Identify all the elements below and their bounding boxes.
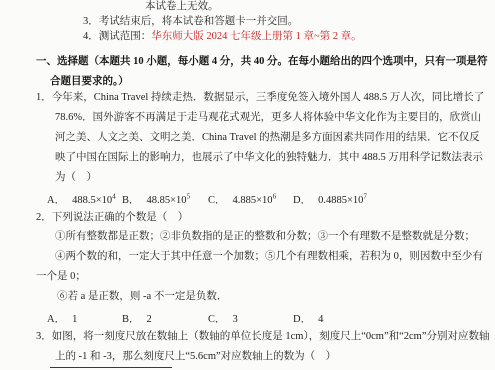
- section-header-line1: 一、选择题（本题共 10 小题，每小题 4 分，共 40 分。在每小题给出的四个…: [36, 56, 488, 68]
- q2-option-a: A．1: [47, 311, 77, 326]
- q1-option-b-label: B．: [122, 195, 140, 206]
- q1-option-a-exponent: 4: [112, 193, 116, 201]
- q1-option-d-exponent: 7: [363, 193, 367, 201]
- question-1-line-1: 1．今年来，China Travel 持续走热．数据显示，三季度免签入境外国人 …: [36, 92, 484, 104]
- question-3-line-1: 3．如图，将一刻度尺放在数轴上（数轴的单位长度是 1cm），刻度尺上“0cm”和…: [36, 331, 490, 343]
- notice-fragment: 本试卷上无效。: [145, 1, 219, 13]
- q1-option-b-exponent: 5: [187, 193, 191, 201]
- q1-option-c-label: C．: [208, 195, 226, 206]
- q2-option-d-label: D．: [293, 314, 311, 325]
- q1-option-a-label: A．: [47, 195, 65, 206]
- q1-option-d-value: 0.4885×10: [318, 195, 363, 206]
- q1-option-b: B．48.85×105: [122, 192, 190, 207]
- q2-option-b-label: B．: [122, 314, 140, 325]
- question-2-line-2: ④两个数的和，一定大于其中任意一个加数；⑤几个有理数相乘，若积为 0，则因数中至…: [55, 251, 483, 263]
- q2-option-a-value: 1: [72, 314, 77, 325]
- question-2-line-3: 一个是 0；: [36, 271, 86, 283]
- q2-option-b-value: 2: [147, 314, 152, 325]
- question-1-line-2: 78.6%．国外游客不再满足于走马观花式观光，更多人将体验中华文化作为主要目的，…: [55, 112, 481, 124]
- q2-option-c-label: C．: [208, 314, 226, 325]
- q1-option-a-value: 488.5×10: [72, 195, 112, 206]
- question-3-line-2: 上的 -1 和 -3，那么刻度尺上“5.6cm”对应数轴上的数为（ ）: [55, 351, 336, 363]
- question-2-line-4: ⑥若 a 是正数，则 -a 不一定是负数．: [57, 291, 227, 303]
- question-1-line-4: 映了中国在国际上的影响力，也展示了中华文化的独特魅力．其中 488.5 万用科学…: [55, 152, 483, 164]
- notice-item-4-prefix: 4．测试范围：: [83, 31, 151, 42]
- q2-option-c-value: 3: [233, 314, 238, 325]
- q1-option-b-value: 48.85×10: [147, 195, 187, 206]
- question-1-line-3: 河之美、人文之美、文明之美．China Travel 的热潮是多方面因素共同作用…: [55, 132, 480, 144]
- q2-option-b: B．2: [122, 311, 152, 326]
- notice-item-4: 4．测试范围：华东师大版 2024 七年级上册第 1 章~第 2 章。: [83, 31, 362, 43]
- q1-option-d: D．0.4885×107: [293, 192, 367, 207]
- q1-option-d-label: D．: [293, 195, 311, 206]
- q1-option-a: A．488.5×104: [47, 192, 116, 207]
- question-2-line-1: ①所有整数都是正数；②非负数指的是正的整数和分数；③一个有理数不是整数就是分数；: [55, 231, 475, 243]
- section-header-line2: 合题目要求的。）: [50, 76, 129, 88]
- ruler-figure-top-edge: [50, 367, 172, 368]
- q1-option-c-value: 4.885×10: [233, 195, 273, 206]
- notice-item-3: 3．考试结束后，将本试卷和答题卡一并交回。: [83, 16, 298, 28]
- exam-page: 本试卷上无效。 3．考试结束后，将本试卷和答题卡一并交回。 4．测试范围：华东师…: [0, 0, 495, 370]
- q2-option-c: C．3: [208, 311, 238, 326]
- q1-option-c-exponent: 6: [273, 193, 277, 201]
- question-2-stem: 2．下列说法正确的个数是（ ）: [36, 212, 188, 224]
- q2-option-d-value: 4: [318, 314, 323, 325]
- test-range-text: 华东师大版 2024 七年级上册第 1 章~第 2 章。: [151, 31, 361, 42]
- q2-option-a-label: A．: [47, 314, 65, 325]
- question-1-line-5: 为（ ）: [55, 172, 97, 184]
- q1-option-c: C．4.885×106: [208, 192, 276, 207]
- q2-option-d: D．4: [293, 311, 323, 326]
